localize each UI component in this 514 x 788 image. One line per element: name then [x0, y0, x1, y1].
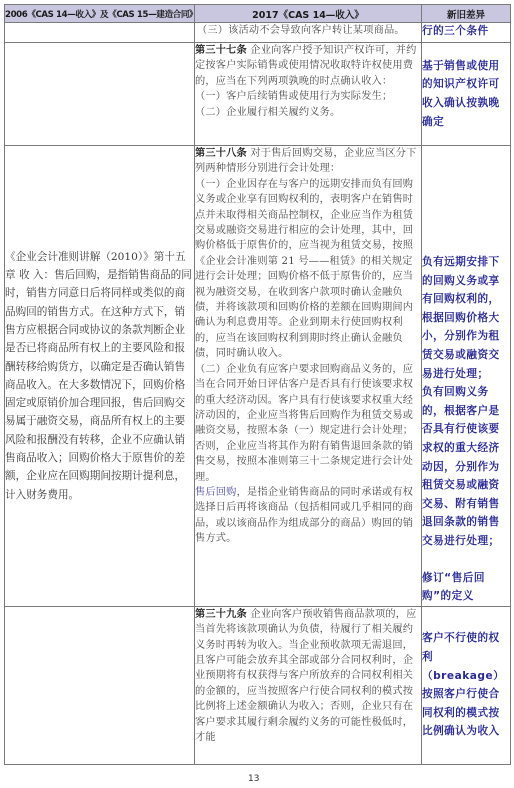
clause-item: （一）客户后续销售或使用行为实际发生；: [195, 89, 421, 104]
old-standard-cell: [5, 606, 195, 764]
clause-text: 第三十九条 企业向客户预收销售商品款项的，应当首先将该款项确认为负债，待履行了相…: [195, 607, 421, 746]
table-row: 第三十七条 企业向客户授予知识产权许可，并约定按客户实际销售或使用情况收取特许权…: [5, 43, 511, 146]
old-standard-cell: [5, 23, 195, 43]
difference-text: 基于销售或使用的知识产权许可收入确认按孰晚确定: [422, 57, 510, 131]
clause-text: 第三十八条 对于售后回购交易，企业应当区分下列两种情形分别进行会计处理：: [195, 146, 421, 177]
article-number: 第三十七条: [195, 45, 247, 56]
new-standard-cell: （三）该活动不会导致向客户转让某项商品。: [195, 23, 422, 43]
table-row: （三）该活动不会导致向客户转让某项商品。 行的三个条件: [5, 23, 511, 43]
difference-text: 负有回购义务的，根据客户是否具有行使该要求权的重大经济动因，分别作为租赁交易或融…: [422, 383, 510, 550]
comparison-table: 2006《CAS 14—收入》及《CAS 15—建造合同》 2017《CAS 1…: [4, 4, 511, 765]
definition-text: 售后回购，是指企业销售商品的同时承诺或有权选择日后再将该商品（包括相同或几乎相同…: [195, 485, 421, 547]
header-old-standard: 2006《CAS 14—收入》及《CAS 15—建造合同》: [5, 5, 195, 23]
difference-text: 客户不行使的权利（breakage）按照客户行使合同权利的模式按比例确认为收入: [422, 629, 510, 741]
clause-item: （二）企业负有应客户要求回购商品义务的，应当在合同开始日评估客户是否具有行使该要…: [195, 362, 421, 485]
clause-text: 第三十七条 企业向客户授予知识产权许可，并约定按客户实际销售或使用情况收取特许权…: [195, 43, 421, 89]
clause-item: （一）企业因存在与客户的远期安排而负有回购义务或企业享有回购权利的，表明客户在销…: [195, 177, 421, 362]
document-page: 2006《CAS 14—收入》及《CAS 15—建造合同》 2017《CAS 1…: [0, 0, 514, 788]
new-standard-cell: 第三十七条 企业向客户授予知识产权许可，并约定按客户实际销售或使用情况收取特许权…: [195, 43, 422, 146]
header-differences: 新旧差异: [422, 5, 511, 23]
difference-cell: 行的三个条件: [422, 23, 511, 43]
difference-text: 行的三个条件: [422, 23, 510, 39]
old-standard-cell: 《企业会计准则讲解（2010）》第十五章 收 入：售后回购，是指销售商品的同时，…: [5, 146, 195, 607]
article-number: 第三十八条: [195, 148, 247, 159]
new-standard-cell: 第三十八条 对于售后回购交易，企业应当区分下列两种情形分别进行会计处理： （一）…: [195, 146, 422, 607]
difference-cell: 负有远期安排下的回购义务或享有回购权利的，根据回购价格大小，分别作为租赁交易或融…: [422, 146, 511, 607]
difference-text: 修订“售后回购”的定义: [422, 569, 510, 606]
article-number: 第三十九条: [195, 609, 247, 620]
defined-term: 售后回购: [195, 487, 237, 498]
old-standard-text: 《企业会计准则讲解（2010）》第十五章 收 入：售后回购，是指销售商品的同时，…: [5, 248, 194, 504]
table-row: 第三十九条 企业向客户预收销售商品款项的，应当首先将该款项确认为负债，待履行了相…: [5, 606, 511, 764]
difference-text: 负有远期安排下的回购义务或享有回购权利的，根据回购价格大小，分别作为租赁交易或融…: [422, 253, 510, 383]
clause-item: （二）企业履行相关履约义务。: [195, 105, 421, 120]
table-header-row: 2006《CAS 14—收入》及《CAS 15—建造合同》 2017《CAS 1…: [5, 5, 511, 23]
table-row: 《企业会计准则讲解（2010）》第十五章 收 入：售后回购，是指销售商品的同时，…: [5, 146, 511, 607]
page-number: 13: [248, 774, 259, 784]
new-standard-cell: 第三十九条 企业向客户预收销售商品款项的，应当首先将该款项确认为负债，待履行了相…: [195, 606, 422, 764]
clause-text: （三）该活动不会导致向客户转让某项商品。: [195, 23, 421, 38]
old-standard-cell: [5, 43, 195, 146]
header-new-standard: 2017《CAS 14—收入》: [195, 5, 422, 23]
difference-cell: 客户不行使的权利（breakage）按照客户行使合同权利的模式按比例确认为收入: [422, 606, 511, 764]
difference-cell: 基于销售或使用的知识产权许可收入确认按孰晚确定: [422, 43, 511, 146]
